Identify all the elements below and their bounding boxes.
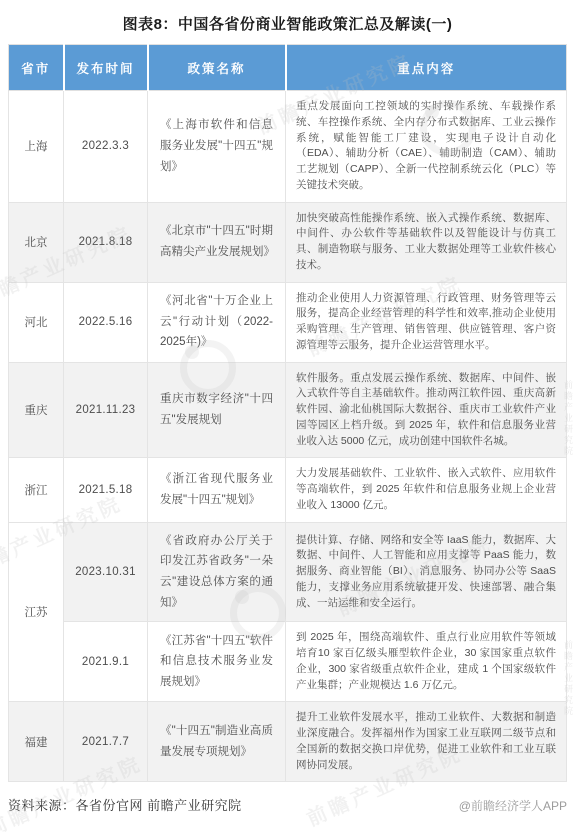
province-cell: 重庆 (9, 362, 64, 458)
figure-footer: 资料来源：各省份官网 前瞻产业研究院 @前瞻经济学人APP (8, 795, 567, 814)
policy-cell: 《省政府办公厅关于印发江苏省政务"一朵云"建设总体方案的通知》 (148, 522, 286, 622)
header-policy: 政策名称 (148, 45, 286, 91)
policy-cell: 《"十四五"制造业高质量发展专项规划》 (148, 702, 286, 782)
table-header: 省市 发布时间 政策名称 重点内容 (9, 45, 567, 91)
province-cell: 上海 (9, 91, 64, 203)
header-date: 发布时间 (64, 45, 148, 91)
date-cell: 2021.5.18 (64, 458, 148, 522)
policy-cell: 《北京市"十四五"时期高精尖产业发展规划》 (148, 202, 286, 282)
table-row: 河北 2022.5.16 《河北省"十万企业上云"行动计划（2022-2025年… (9, 282, 567, 362)
content-cell: 大力发展基础软件、工业软件、嵌入式软件、应用软件等高端软件，到 2025 年软件… (286, 458, 567, 522)
policy-cell: 《浙江省现代服务业发展"十四五"规划》 (148, 458, 286, 522)
table-row: 江苏 2023.10.31 《省政府办公厅关于印发江苏省政务"一朵云"建设总体方… (9, 522, 567, 622)
content-cell: 加快突破高性能操作系统、嵌入式操作系统、数据库、中间件、办公软件等基础软件以及智… (286, 202, 567, 282)
header-province: 省市 (9, 45, 64, 91)
header-content: 重点内容 (286, 45, 567, 91)
content-cell: 重点发展面向工控领域的实时操作系统、车载操作系统、车控操作系统、全内存分布式数据… (286, 91, 567, 203)
province-cell: 福建 (9, 702, 64, 782)
brand-note: @前瞻经济学人APP (459, 797, 567, 814)
policy-cell: 《河北省"十万企业上云"行动计划（2022-2025年)》 (148, 282, 286, 362)
date-cell: 2022.5.16 (64, 282, 148, 362)
content-cell: 提供计算、存储、网络和安全等 IaaS 能力，数据库、大数据、中间件、人工智能和… (286, 522, 567, 622)
source-note: 资料来源：各省份官网 前瞻产业研究院 (8, 795, 242, 814)
province-cell: 浙江 (9, 458, 64, 522)
province-cell: 北京 (9, 202, 64, 282)
date-cell: 2022.3.3 (64, 91, 148, 203)
table-row: 北京 2021.8.18 《北京市"十四五"时期高精尖产业发展规划》 加快突破高… (9, 202, 567, 282)
table-row: 2021.9.1 《江苏省"十四五"软件和信息技术服务业发展规划》 到 2025… (9, 622, 567, 702)
content-cell: 提升工业软件发展水平，推动工业软件、大数据和制造业深度融合。发挥福州作为国家工业… (286, 702, 567, 782)
policy-table: 省市 发布时间 政策名称 重点内容 上海 2022.3.3 《上海市软件和信息服… (8, 44, 567, 782)
policy-cell: 《上海市软件和信息服务业发展"十四五"规划》 (148, 91, 286, 203)
date-cell: 2021.9.1 (64, 622, 148, 702)
content-cell: 到 2025 年，围绕高端软件、重点行业应用软件等领域培育10 家百亿级头雁型软… (286, 622, 567, 702)
table-row: 浙江 2021.5.18 《浙江省现代服务业发展"十四五"规划》 大力发展基础软… (9, 458, 567, 522)
policy-cell: 《江苏省"十四五"软件和信息技术服务业发展规划》 (148, 622, 286, 702)
figure-title: 图表8：中国各省份商业智能政策汇总及解读(一) (0, 0, 575, 44)
table-row: 福建 2021.7.7 《"十四五"制造业高质量发展专项规划》 提升工业软件发展… (9, 702, 567, 782)
table-row: 上海 2022.3.3 《上海市软件和信息服务业发展"十四五"规划》 重点发展面… (9, 91, 567, 203)
content-cell: 推动企业使用人力资源管理、行政管理、财务管理等云服务，提高企业经营管理的科学性和… (286, 282, 567, 362)
province-cell: 河北 (9, 282, 64, 362)
date-cell: 2023.10.31 (64, 522, 148, 622)
table-row: 重庆 2021.11.23 重庆市数字经济"十四五"发展规划 软件服务。重点发展… (9, 362, 567, 458)
date-cell: 2021.7.7 (64, 702, 148, 782)
content-cell: 软件服务。重点发展云操作系统、数据库、中间件、嵌入式软件等自主基础软件。推动两江… (286, 362, 567, 458)
province-cell: 江苏 (9, 522, 64, 702)
date-cell: 2021.11.23 (64, 362, 148, 458)
figure-page: 图表8：中国各省份商业智能政策汇总及解读(一) 省市 发布时间 政策名称 重点内… (0, 0, 575, 835)
policy-cell: 重庆市数字经济"十四五"发展规划 (148, 362, 286, 458)
date-cell: 2021.8.18 (64, 202, 148, 282)
